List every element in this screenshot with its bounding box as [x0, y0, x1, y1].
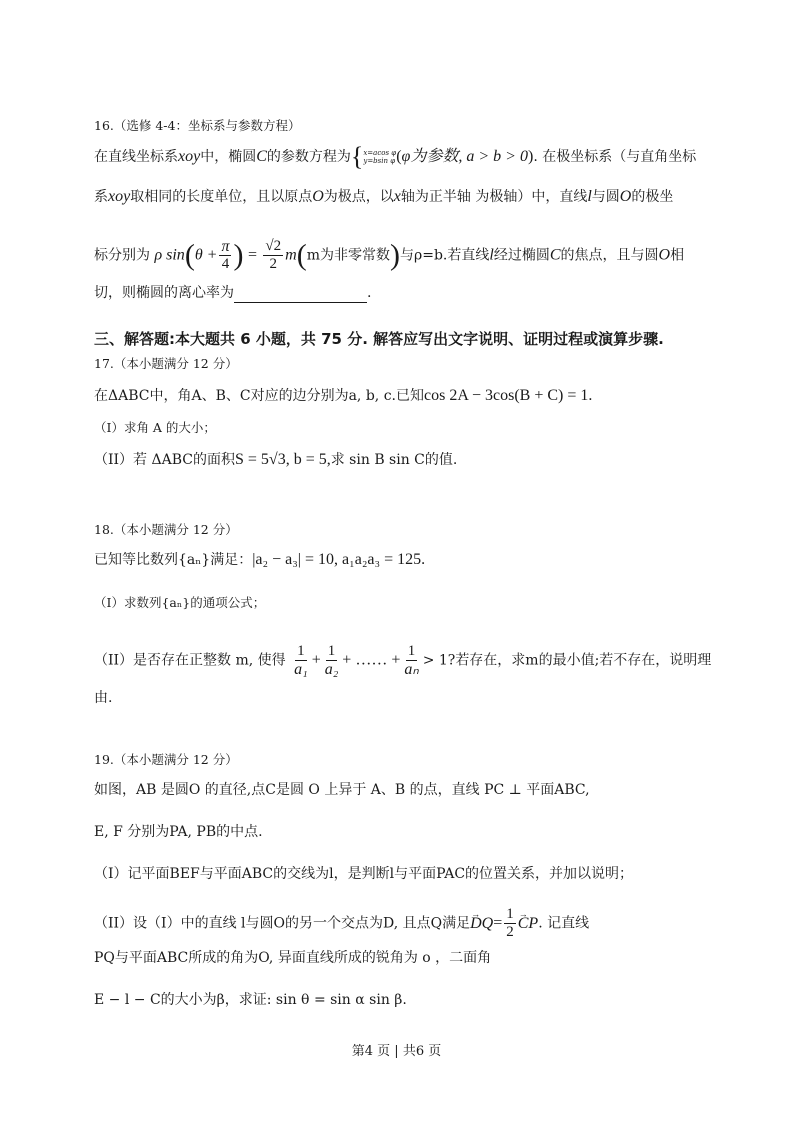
q19-part1: （I）记平面BEF与平面ABC的交线为l，是判断l与平面PAC的位置关系，并加以… [94, 864, 633, 884]
var-xoy: xoy [108, 188, 130, 205]
q16-line1: 在直线坐标系xoy中，椭圆C的参数方程为{x=acos φy=bsin φ(φ为… [94, 147, 696, 167]
vector-CP: CP [518, 914, 538, 934]
text: 的参数方程为 [267, 149, 351, 165]
q18-part1: （I）求数列{aₙ}的通项公式； [94, 593, 265, 613]
theta-plus: θ + [195, 247, 218, 264]
var-C: C [256, 148, 267, 165]
exam-page: 16.（选修 4-4：坐标系与参数方程） 在直线坐标系xoy中，椭圆C的参数方程… [0, 0, 793, 1122]
vector-DQ: DQ [470, 914, 493, 934]
text: 求 sin B sin C的值. [331, 452, 458, 468]
q17-part2: （II）若 ΔABC的面积S = 5√3, b = 5,求 sin B sin … [94, 450, 457, 470]
text: 与圆 [592, 189, 620, 205]
sqrt2-over-2: √22 [263, 238, 283, 273]
q19-header: 19.（本小题满分 12 分） [94, 750, 238, 770]
text: （II）是否存在正整数 m, 使得 [94, 653, 286, 669]
text: （II）设（I）中的直线 l与圆O的另一个交点为D, 且点Q满足 [94, 916, 470, 932]
equals: = [493, 915, 502, 932]
one-half: 12 [504, 906, 516, 941]
text: 在ΔABC中，角A、B、C对应的边分别为a, b, c.已知 [94, 388, 424, 404]
text: 经过椭圆 [494, 248, 550, 264]
var-xoy: xoy [178, 148, 200, 165]
text: 相 [670, 248, 684, 264]
q18-header: 18.（本小题满分 12 分） [94, 520, 238, 540]
text: 已知等比数列{aₙ}满足： [94, 552, 252, 568]
q17-stem: 在ΔABC中，角A、B、C对应的边分别为a, b, c.已知cos 2A − 3… [94, 386, 592, 406]
text: . 在极坐标系（与直角坐标 [533, 149, 696, 165]
equation: S = 5√3, b = 5, [235, 451, 331, 468]
q16-header: 16.（选修 4-4：坐标系与参数方程） [94, 116, 300, 136]
text: 切，则椭圆的离心率为 [94, 285, 234, 301]
q18-part2-cont: 由. [94, 688, 112, 708]
text: . [367, 285, 371, 301]
text: 的焦点，且与圆 [561, 248, 659, 264]
answer-blank[interactable] [234, 288, 367, 303]
var-m: m [285, 247, 297, 264]
q16-line4: 切，则椭圆的离心率为. [94, 283, 371, 303]
frac-1-an: 1aₙ [402, 643, 420, 678]
text: 轴为正半轴 为极轴）中，直线 [401, 189, 587, 205]
text: . 记直线 [538, 916, 589, 932]
text: 取相同的长度单位，且以原点 [130, 189, 312, 205]
equation: cos 2A − 3cos(B + C) = 1. [424, 387, 592, 404]
text: 系 [94, 189, 108, 205]
page-footer: 第4 页 | 共6 页 [0, 1040, 793, 1059]
text: 在直线坐标系 [94, 149, 178, 165]
text: 的极坐 [631, 189, 673, 205]
q19-stem-1: 如图，AB 是圆O 的直径,点C是圆 O 上异于 A、B 的点，直线 PC ⊥ … [94, 780, 590, 800]
frac-1-a1: 1a₁ [292, 643, 310, 678]
m-note: m为非零常数 [307, 248, 390, 264]
q17-part1: （I）求角 A 的大小； [94, 418, 216, 438]
q19-part2-line2: PQ与平面ABC所成的角为O, 异面直线所成的锐角为 o ，二面角 [94, 948, 491, 968]
var-C: C [550, 247, 561, 264]
rho-sin: ρ sin [154, 247, 184, 264]
frac-1-a2: 1a₂ [323, 643, 341, 678]
text: 标分别为 [94, 248, 150, 264]
q16-line2: 系xoy取相同的长度单位，且以原点O为极点，以x轴为正半轴 为极轴）中，直线l与… [94, 187, 673, 207]
section-title: 三、解答题:本大题共 6 小题，共 75 分. 解答应写出文字说明、证明过程或演… [94, 329, 664, 349]
text: 中，椭圆 [200, 149, 256, 165]
equals: = [248, 247, 257, 264]
dots: + …… + [342, 652, 400, 669]
pi-over-4: π4 [219, 238, 231, 273]
param-condition: φ为参数, a > b > 0 [402, 148, 528, 165]
var-O: O [620, 188, 632, 205]
text: 与ρ=b.若直线 [400, 248, 489, 264]
parametric-system: {x=acos φy=bsin φ [351, 147, 396, 167]
param-x: x=acos φ [363, 149, 396, 157]
text: 为极点，以 [324, 189, 394, 205]
q18-stem: 已知等比数列{aₙ}满足：|a₂ − a₃| = 10, a₁a₂a₃ = 12… [94, 550, 425, 570]
q16-line3: 标分别为 ρ sin(θ +π4) = √22m(m为非零常数)与ρ=b.若直线… [94, 238, 684, 273]
var-O: O [659, 247, 671, 264]
var-O: O [312, 188, 324, 205]
text: > 1?若存在，求m的最小值;若不存在，说明理 [423, 653, 712, 669]
q18-part2: （II）是否存在正整数 m, 使得 1a₁+1a₂+ …… +1aₙ> 1?若存… [94, 643, 711, 678]
text: （II）若 ΔABC的面积 [94, 452, 235, 468]
var-x: x [394, 188, 401, 205]
q19-part2: （II）设（I）中的直线 l与圆O的另一个交点为D, 且点Q满足DQ=12CP.… [94, 906, 589, 941]
q17-header: 17.（本小题满分 12 分） [94, 354, 238, 374]
param-y: y=bsin φ [363, 157, 396, 165]
q19-stem-2: E, F 分别为PA, PB的中点. [94, 822, 263, 842]
q19-part2-line3: E − l − C的大小为β，求证: sin θ = sin α sin β. [94, 990, 407, 1010]
equation: |a₂ − a₃| = 10, a₁a₂a₃ = 125. [252, 551, 425, 568]
